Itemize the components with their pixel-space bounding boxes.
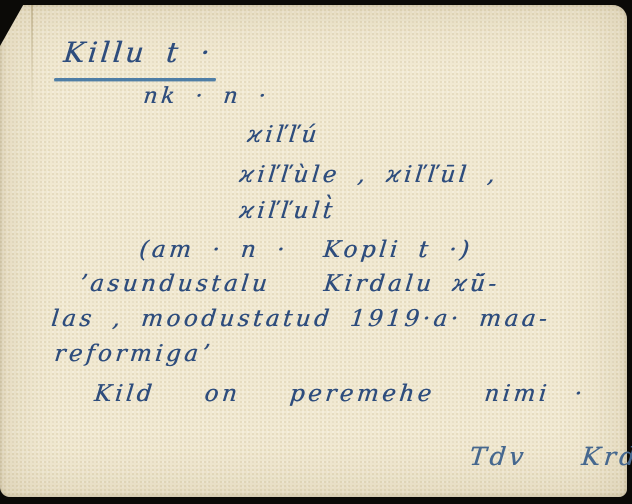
collector-signature: Tdv Krd <box>468 443 632 471</box>
description-line-3: reformigaʼ <box>53 342 214 367</box>
paper-crease <box>31 5 33 115</box>
title-underline <box>54 78 216 81</box>
official-name-note: (am · n · Kopli t ·) <box>138 238 474 263</box>
owner-note: Kild on peremehe nimi · <box>93 382 587 407</box>
declension-line-3: ϰiľľult̀ <box>238 199 337 224</box>
description-line-1: ʼasundustalu Kirdalu ϰü̆- <box>78 272 501 297</box>
grammar-abbreviation: nk · n · <box>142 85 270 109</box>
card-title: Killu t · <box>62 38 215 69</box>
declension-line-2: ϰiľľùle , ϰiľľūl , <box>238 163 499 188</box>
index-card: Killu t · nk · n · ϰiľľú ϰiľľùle , ϰiľľū… <box>0 5 627 497</box>
declension-line-1: ϰiľľú <box>246 123 321 148</box>
description-line-2: las , moodustatud 1919·a· maa- <box>50 307 552 332</box>
